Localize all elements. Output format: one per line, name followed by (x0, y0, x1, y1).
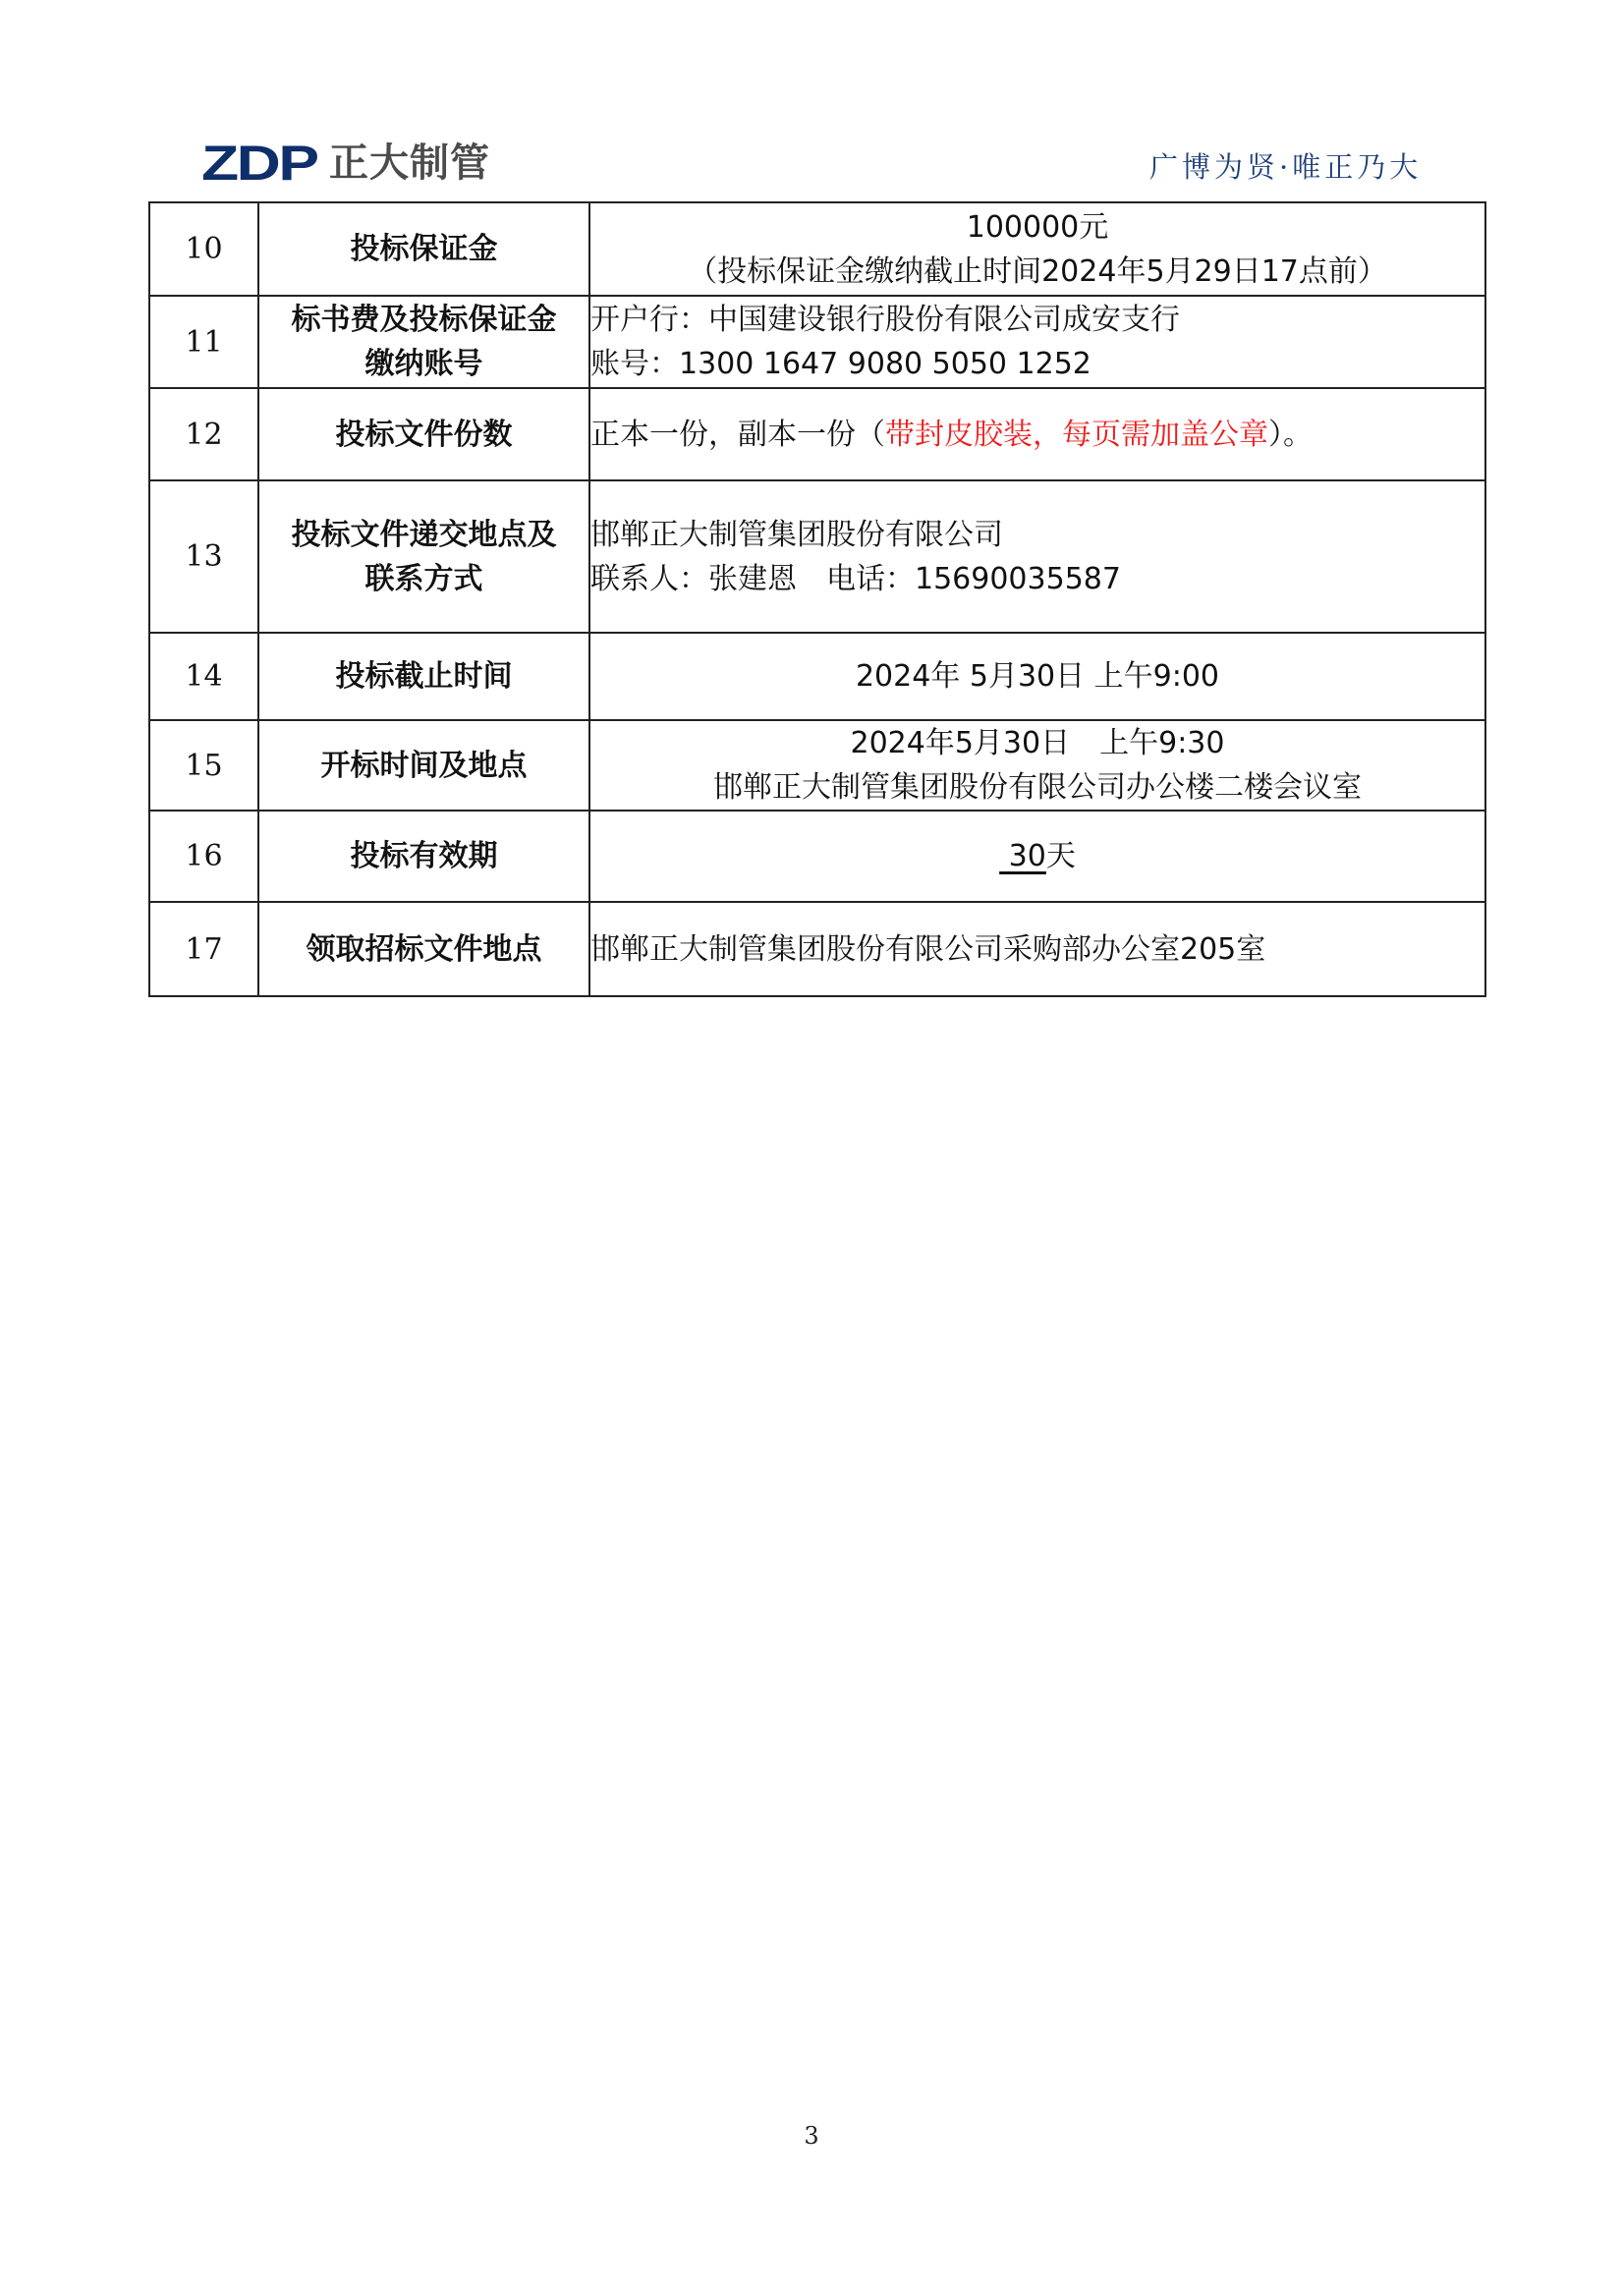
table-row: 14 投标截止时间 2024年 5月30日 上午9:00 (149, 633, 1485, 720)
row-value: 2024年5月30日 上午9:30 邯郸正大制管集团股份有限公司办公楼二楼会议室 (589, 720, 1485, 811)
row-value: 正本一份，副本一份（带封皮胶装，每页需加盖公章）。 (589, 388, 1485, 480)
bid-info-table: 10 投标保证金 100000元 （投标保证金缴纳截止时间2024年5月29日1… (148, 201, 1486, 997)
row-number: 16 (149, 811, 258, 902)
row-number: 12 (149, 388, 258, 480)
row-number: 14 (149, 633, 258, 720)
row-number: 10 (149, 202, 258, 296)
row-number: 15 (149, 720, 258, 811)
row-value: 2024年 5月30日 上午9:00 (589, 633, 1485, 720)
logo-mark: ZDP (201, 140, 347, 186)
contact-info: 联系人：张建恩 电话：15690035587 (590, 557, 1484, 601)
binding-requirement-highlight: 带封皮胶装，每页需加盖公章 (885, 418, 1268, 452)
row-value: 100000元 （投标保证金缴纳截止时间2024年5月29日17点前） (589, 202, 1485, 296)
table-row: 11 标书费及投标保证金 缴纳账号 开户行：中国建设银行股份有限公司成安支行 账… (149, 296, 1485, 388)
row-label-line: 投标文件递交地点及 (259, 513, 588, 557)
row-label: 投标截止时间 (258, 633, 589, 720)
logo-company-name: 正大制管 (329, 140, 490, 186)
row-number: 17 (149, 902, 258, 996)
bid-deadline: 2024年 5月30日 上午9:00 (590, 654, 1484, 699)
row-label-line: 联系方式 (259, 557, 588, 601)
validity-days: 30 (999, 839, 1046, 873)
document-pickup-location: 邯郸正大制管集团股份有限公司采购部办公室205室 (590, 927, 1484, 972)
table-row: 17 领取招标文件地点 邯郸正大制管集团股份有限公司采购部办公室205室 (149, 902, 1485, 996)
submission-company: 邯郸正大制管集团股份有限公司 (590, 513, 1484, 557)
copies-text: 正本一份，副本一份（ (590, 418, 885, 452)
copies-text-end: ）。 (1268, 418, 1313, 452)
row-label: 投标保证金 (258, 202, 589, 296)
row-number: 11 (149, 296, 258, 388)
bid-deposit-amount: 100000元 (590, 205, 1484, 250)
row-label: 投标文件递交地点及 联系方式 (258, 480, 589, 633)
bid-deposit-deadline: （投标保证金缴纳截止时间2024年5月29日17点前） (590, 250, 1484, 294)
page-number: 3 (0, 2122, 1623, 2150)
row-label: 开标时间及地点 (258, 720, 589, 811)
opening-location: 邯郸正大制管集团股份有限公司办公楼二楼会议室 (590, 765, 1484, 810)
row-value: 开户行：中国建设银行股份有限公司成安支行 账号：1300 1647 9080 5… (589, 296, 1485, 388)
table-row: 10 投标保证金 100000元 （投标保证金缴纳截止时间2024年5月29日1… (149, 202, 1485, 296)
validity-unit: 天 (1046, 839, 1076, 873)
account-number: 账号：1300 1647 9080 5050 1252 (590, 342, 1484, 386)
row-label-line: 标书费及投标保证金 (259, 298, 588, 342)
opening-time: 2024年5月30日 上午9:30 (590, 721, 1484, 765)
row-label: 领取招标文件地点 (258, 902, 589, 996)
table-row: 13 投标文件递交地点及 联系方式 邯郸正大制管集团股份有限公司 联系人：张建恩… (149, 480, 1485, 633)
row-label: 投标有效期 (258, 811, 589, 902)
table-row: 15 开标时间及地点 2024年5月30日 上午9:30 邯郸正大制管集团股份有… (149, 720, 1485, 811)
company-slogan: 广博为贤·唯正乃大 (1149, 147, 1422, 187)
row-label-line: 缴纳账号 (259, 342, 588, 386)
row-value: 邯郸正大制管集团股份有限公司采购部办公室205室 (589, 902, 1485, 996)
table-row: 12 投标文件份数 正本一份，副本一份（带封皮胶装，每页需加盖公章）。 (149, 388, 1485, 480)
row-label: 投标文件份数 (258, 388, 589, 480)
company-logo: ZDP 正大制管 (201, 140, 490, 186)
row-value: 30天 (589, 811, 1485, 902)
bank-name: 开户行：中国建设银行股份有限公司成安支行 (590, 298, 1484, 342)
row-number: 13 (149, 480, 258, 633)
row-value: 邯郸正大制管集团股份有限公司 联系人：张建恩 电话：15690035587 (589, 480, 1485, 633)
table-row: 16 投标有效期 30天 (149, 811, 1485, 902)
row-label: 标书费及投标保证金 缴纳账号 (258, 296, 589, 388)
